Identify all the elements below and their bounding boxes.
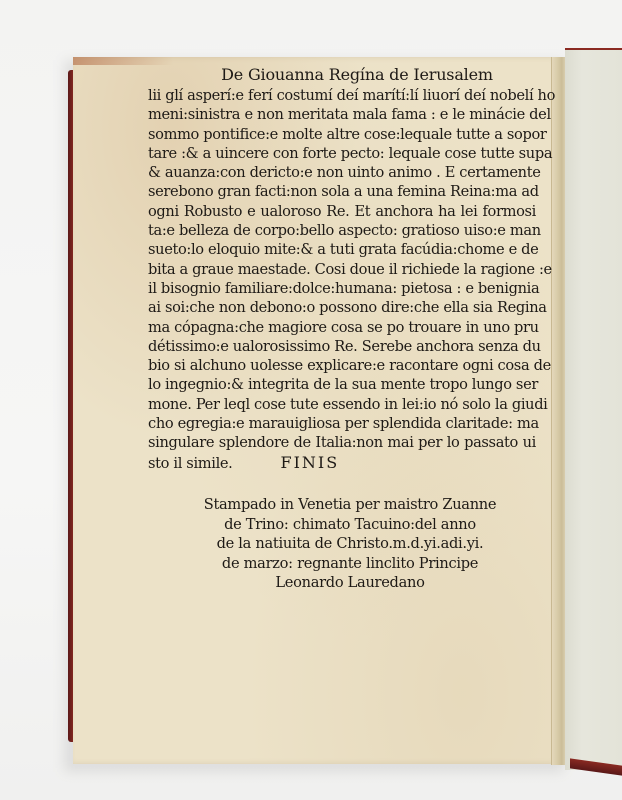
running-title: De Giouanna Regína de Ierusalem <box>178 64 536 86</box>
text-line: sommo pontifice:e molte altre cose:lequa… <box>148 125 536 144</box>
text-line: lo ingegnio:& integrita de la sua mente … <box>148 375 536 394</box>
text-line: & auanza:con dericto:e non uinto animo .… <box>148 163 536 182</box>
final-text: sto il simile. <box>148 454 232 473</box>
book-gutter <box>551 57 566 765</box>
text-line: bio si alchuno uolesse explicare:e racon… <box>148 356 536 375</box>
colophon-line: Stampado in Venetia per maistro Zuanne <box>200 495 500 515</box>
colophon-line: Leonardo Lauredano <box>200 573 500 593</box>
text-line: ta:e belleza de corpo:bello aspecto: gra… <box>148 221 536 240</box>
text-line: tare :& a uincere con forte pecto: lequa… <box>148 144 536 163</box>
text-line: sueto:lo eloquio mite:& a tuti grata fac… <box>148 240 536 259</box>
text-line: lii glí asperí:e ferí costumí deí marítí… <box>148 86 536 105</box>
colophon-line: de Trino: chimato Tacuino:del anno <box>200 515 500 535</box>
text-line: singulare splendore de Italia:non mai pe… <box>148 433 536 452</box>
text-line: bita a graue maestade. Cosi doue il rich… <box>148 260 536 279</box>
text-line: cho egregia:e marauigliosa per splendida… <box>148 414 536 433</box>
text-line: serebono gran facti:non sola a una femin… <box>148 182 536 201</box>
colophon: Stampado in Venetia per maistro Zuanne d… <box>200 495 500 593</box>
text-line: ogni Robusto e ualoroso Re. Et anchora h… <box>148 202 536 221</box>
colophon-line: de marzo: regnante linclito Principe <box>200 554 500 574</box>
text-line: ai soi:che non debono:o possono dire:che… <box>148 298 536 317</box>
finis-label: FINIS <box>280 453 339 472</box>
final-text-line: sto il simile. FINIS <box>148 453 536 473</box>
text-line: il bisognio familiare:dolce:humana: piet… <box>148 279 536 298</box>
facing-flyleaf <box>565 48 622 770</box>
text-line: ma cópagna:che magiore cosa se po trouar… <box>148 318 536 337</box>
text-line: mone. Per leql cose tute essendo in lei:… <box>148 395 536 414</box>
main-text-block: De Giouanna Regína de Ierusalem lii glí … <box>148 64 536 473</box>
text-line: meni:sinistra e non meritata mala fama :… <box>148 105 536 124</box>
colophon-line: de la natiuita de Christo.m.d.yi.adi.yi. <box>200 534 500 554</box>
text-line: détissimo:e ualorosissimo Re. Serebe anc… <box>148 337 536 356</box>
